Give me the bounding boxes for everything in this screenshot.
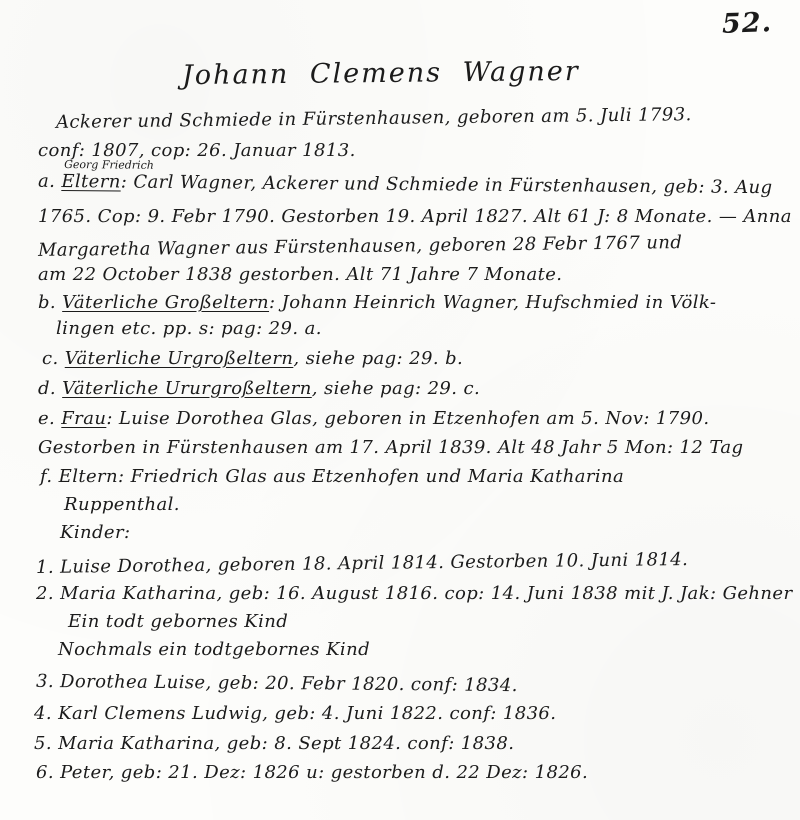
- underlined-heading: Eltern: [61, 171, 121, 193]
- manuscript-line: e. Frau: Luise Dorothea Glas, geboren in…: [38, 408, 709, 429]
- line-text: 5. Maria Katharina, geb: 8. Sept 1824. c…: [34, 733, 514, 754]
- manuscript-line: 6. Peter, geb: 21. Dez: 1826 u: gestorbe…: [36, 762, 588, 783]
- manuscript-line: 2. Maria Katharina, geb: 16. August 1816…: [36, 583, 792, 604]
- manuscript-line: 4. Karl Clemens Ludwig, geb: 4. Juni 182…: [34, 703, 556, 724]
- line-text: am 22 October 1838 gestorben. Alt 71 Jah…: [38, 264, 562, 285]
- line-text: , siehe pag: 29. c.: [312, 378, 480, 399]
- manuscript-line: Gestorben in Fürstenhausen am 17. April …: [38, 437, 743, 458]
- line-text: 4. Karl Clemens Ludwig, geb: 4. Juni 182…: [34, 703, 556, 724]
- line-text: Ruppenthal.: [64, 494, 180, 515]
- manuscript-line: Georg Friedricha. Eltern: Carl Wagner, A…: [38, 171, 773, 198]
- line-text: Margaretha Wagner aus Fürstenhausen, geb…: [38, 232, 682, 261]
- document-title: Johann Clemens Wagner: [182, 56, 580, 91]
- line-text: Ackerer und Schmiede in Fürstenhausen, g…: [56, 104, 692, 133]
- underlined-heading: Väterliche Urgroßeltern: [65, 348, 294, 369]
- line-text: Ein todt gebornes Kind: [68, 611, 288, 632]
- manuscript-line: d. Väterliche Ururgroßeltern, siehe pag:…: [38, 378, 480, 399]
- line-text: Gestorben in Fürstenhausen am 17. April …: [38, 437, 743, 458]
- line-text: b.: [38, 292, 62, 313]
- scanned-manuscript-page: 52. Johann Clemens Wagner Ackerer und Sc…: [0, 0, 800, 820]
- manuscript-line: Nochmals ein todtgebornes Kind: [58, 639, 370, 660]
- line-text: , siehe pag: 29. b.: [293, 348, 463, 369]
- underlined-heading: Väterliche Großeltern: [62, 292, 269, 313]
- line-text: f. Eltern: Friedrich Glas aus Etzenhofen…: [40, 466, 624, 487]
- line-text: 1. Luise Dorothea, geboren 18. April 181…: [36, 549, 688, 578]
- manuscript-line: b. Väterliche Großeltern: Johann Heinric…: [38, 292, 716, 313]
- manuscript-line: 1. Luise Dorothea, geboren 18. April 181…: [36, 549, 688, 578]
- manuscript-line: Ein todt gebornes Kind: [68, 611, 288, 632]
- underlined-heading: Frau: [61, 408, 106, 429]
- manuscript-line: Ruppenthal.: [64, 494, 180, 515]
- line-text: Kinder:: [60, 522, 130, 543]
- line-text: 1765. Cop: 9. Febr 1790. Gestorben 19. A…: [38, 206, 792, 227]
- line-text: a.: [38, 171, 62, 192]
- manuscript-line: Ackerer und Schmiede in Fürstenhausen, g…: [56, 104, 692, 133]
- line-text: e.: [38, 408, 61, 429]
- manuscript-line: f. Eltern: Friedrich Glas aus Etzenhofen…: [40, 466, 624, 487]
- line-text: 6. Peter, geb: 21. Dez: 1826 u: gestorbe…: [36, 762, 588, 783]
- page-number: 52.: [721, 7, 772, 40]
- interlinear-note: Georg Friedrich: [64, 158, 154, 172]
- line-text: 2. Maria Katharina, geb: 16. August 1816…: [36, 583, 792, 604]
- manuscript-line: lingen etc. pp. s: pag: 29. a.: [56, 318, 322, 339]
- line-text: 3. Dorothea Luise, geb: 20. Febr 1820. c…: [36, 671, 518, 696]
- line-text: Nochmals ein todtgebornes Kind: [58, 639, 370, 660]
- manuscript-line: am 22 October 1838 gestorben. Alt 71 Jah…: [38, 264, 562, 285]
- line-text: : Johann Heinrich Wagner, Hufschmied in …: [269, 292, 716, 313]
- line-text: lingen etc. pp. s: pag: 29. a.: [56, 318, 322, 339]
- manuscript-line: Kinder:: [60, 522, 130, 543]
- manuscript-line: 3. Dorothea Luise, geb: 20. Febr 1820. c…: [36, 671, 518, 696]
- manuscript-line: Margaretha Wagner aus Fürstenhausen, geb…: [38, 232, 682, 261]
- line-text: c.: [42, 348, 65, 369]
- manuscript-line: 5. Maria Katharina, geb: 8. Sept 1824. c…: [34, 733, 514, 754]
- manuscript-line: c. Väterliche Urgroßeltern, siehe pag: 2…: [42, 348, 463, 369]
- manuscript-line: 1765. Cop: 9. Febr 1790. Gestorben 19. A…: [38, 206, 792, 227]
- line-text: : Luise Dorothea Glas, geboren in Etzenh…: [106, 408, 709, 429]
- underlined-heading: Väterliche Ururgroßeltern: [62, 378, 312, 399]
- line-text: : Carl Wagner, Ackerer und Schmiede in F…: [121, 172, 773, 199]
- line-text: d.: [38, 378, 62, 399]
